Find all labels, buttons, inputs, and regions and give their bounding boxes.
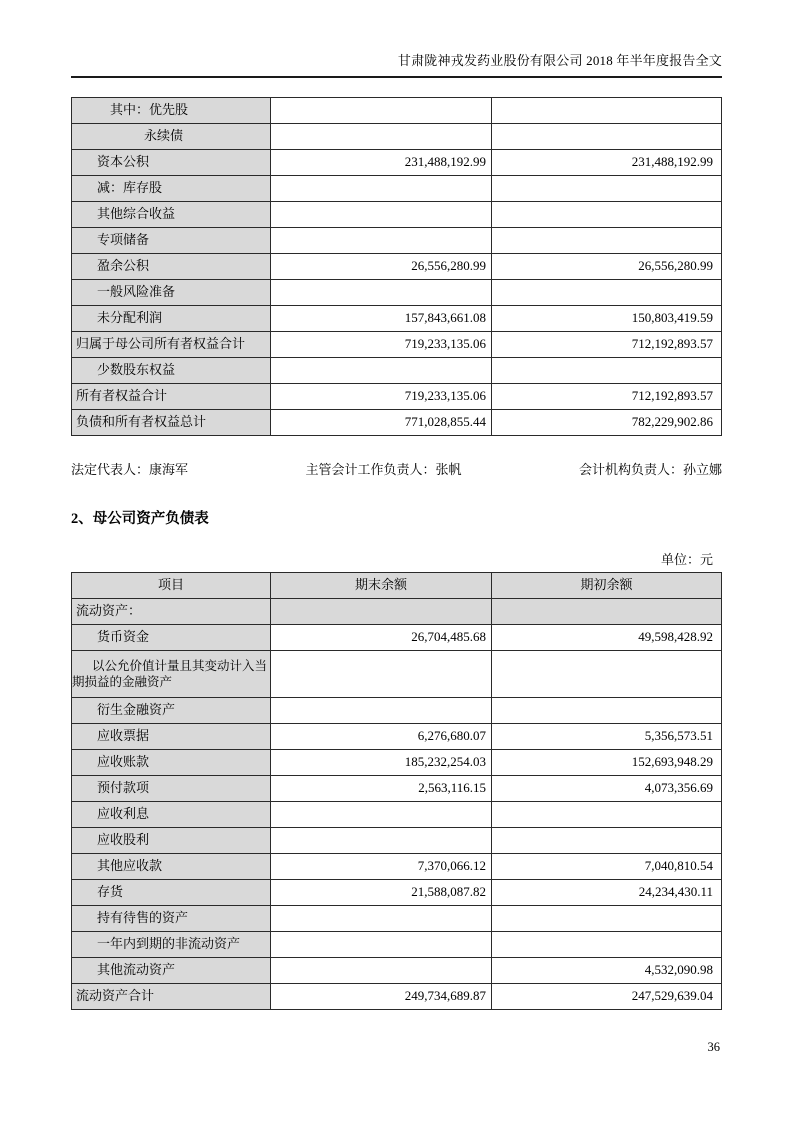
table-row: 以公允价值计量且其变动计入当期损益的金融资产 — [72, 651, 722, 698]
row-closing-value-cell — [271, 280, 492, 306]
row-closing-value-cell: 21,588,087.82 — [271, 880, 492, 906]
legal-representative-label: 法定代表人：康海军 — [71, 459, 188, 478]
report-page: 甘肃陇神戎发药业股份有限公司 2018 年半年度报告全文 其中：优先股永续债资本… — [0, 0, 793, 1010]
accounting-head-label: 会计机构负责人：孙立娜 — [579, 459, 722, 478]
row-opening-value-cell: 5,356,573.51 — [492, 724, 722, 750]
header-rule — [71, 76, 722, 78]
row-closing-value-cell — [271, 802, 492, 828]
table-row: 持有待售的资产 — [72, 906, 722, 932]
table-row: 永续债 — [72, 124, 722, 150]
header-cell-opening-balance: 期初余额 — [492, 573, 722, 599]
row-opening-value-cell — [492, 98, 722, 124]
table-row: 一般风险准备 — [72, 280, 722, 306]
page-header: 甘肃陇神戎发药业股份有限公司 2018 年半年度报告全文 — [71, 0, 722, 78]
row-closing-value-cell — [271, 176, 492, 202]
row-closing-value-cell: 2,563,116.15 — [271, 776, 492, 802]
row-opening-value-cell — [492, 202, 722, 228]
row-opening-value-cell: 150,803,419.59 — [492, 306, 722, 332]
row-opening-value-cell — [492, 802, 722, 828]
row-label-cell: 应收票据 — [72, 724, 271, 750]
row-label-cell: 未分配利润 — [72, 306, 271, 332]
row-closing-value-cell: 6,276,680.07 — [271, 724, 492, 750]
row-opening-value-cell — [492, 932, 722, 958]
table-row: 应收票据6,276,680.075,356,573.51 — [72, 724, 722, 750]
row-label-cell: 减：库存股 — [72, 176, 271, 202]
row-opening-value-cell — [492, 124, 722, 150]
table-row: 资本公积231,488,192.99231,488,192.99 — [72, 150, 722, 176]
row-closing-value-cell — [271, 358, 492, 384]
row-closing-value-cell — [271, 906, 492, 932]
table-row: 流动资产合计249,734,689.87247,529,639.04 — [72, 984, 722, 1010]
row-closing-value-cell: 719,233,135.06 — [271, 332, 492, 358]
row-label-cell: 永续债 — [72, 124, 271, 150]
row-closing-value-cell — [271, 599, 492, 625]
table-row: 所有者权益合计719,233,135.06712,192,893.57 — [72, 384, 722, 410]
row-closing-value-cell: 26,556,280.99 — [271, 254, 492, 280]
row-closing-value-cell — [271, 698, 492, 724]
table-row: 盈余公积26,556,280.9926,556,280.99 — [72, 254, 722, 280]
row-label-cell: 盈余公积 — [72, 254, 271, 280]
header-cell-closing-balance: 期末余额 — [271, 573, 492, 599]
row-label-cell: 货币资金 — [72, 625, 271, 651]
equity-table-body: 其中：优先股永续债资本公积231,488,192.99231,488,192.9… — [72, 98, 722, 436]
row-label-cell: 其他应收款 — [72, 854, 271, 880]
row-opening-value-cell — [492, 828, 722, 854]
row-label-cell: 少数股东权益 — [72, 358, 271, 384]
table-row: 应收利息 — [72, 802, 722, 828]
row-closing-value-cell — [271, 651, 492, 698]
signature-line: 法定代表人：康海军 主管会计工作负责人：张帆 会计机构负责人：孙立娜 — [71, 459, 722, 478]
table-row: 其他流动资产4,532,090.98 — [72, 958, 722, 984]
row-closing-value-cell — [271, 228, 492, 254]
row-opening-value-cell: 49,598,428.92 — [492, 625, 722, 651]
row-label-cell: 持有待售的资产 — [72, 906, 271, 932]
row-label-cell: 应收利息 — [72, 802, 271, 828]
row-opening-value-cell — [492, 280, 722, 306]
row-label-cell: 存货 — [72, 880, 271, 906]
section-title: 2、母公司资产负债表 — [71, 507, 722, 528]
row-opening-value-cell — [492, 228, 722, 254]
table-row: 货币资金26,704,485.6849,598,428.92 — [72, 625, 722, 651]
row-label-cell: 应收账款 — [72, 750, 271, 776]
row-label-cell: 归属于母公司所有者权益合计 — [72, 332, 271, 358]
row-closing-value-cell — [271, 932, 492, 958]
row-opening-value-cell: 26,556,280.99 — [492, 254, 722, 280]
row-opening-value-cell — [492, 599, 722, 625]
row-label-cell: 所有者权益合计 — [72, 384, 271, 410]
row-opening-value-cell: 4,073,356.69 — [492, 776, 722, 802]
table-row: 未分配利润157,843,661.08150,803,419.59 — [72, 306, 722, 332]
row-opening-value-cell — [492, 176, 722, 202]
balance-table-body: 项目 期末余额 期初余额 流动资产：货币资金26,704,485.6849,59… — [72, 573, 722, 1010]
table-row: 减：库存股 — [72, 176, 722, 202]
table-row: 预付款项2,563,116.154,073,356.69 — [72, 776, 722, 802]
table-row: 流动资产： — [72, 599, 722, 625]
row-label-cell: 其他综合收益 — [72, 202, 271, 228]
row-opening-value-cell — [492, 651, 722, 698]
table-row: 负债和所有者权益总计771,028,855.44782,229,902.86 — [72, 410, 722, 436]
row-label-cell: 其他流动资产 — [72, 958, 271, 984]
row-closing-value-cell: 157,843,661.08 — [271, 306, 492, 332]
row-label-cell: 其中：优先股 — [72, 98, 271, 124]
table-row: 一年内到期的非流动资产 — [72, 932, 722, 958]
row-label-cell: 以公允价值计量且其变动计入当期损益的金融资产 — [72, 651, 271, 698]
row-label-cell: 一般风险准备 — [72, 280, 271, 306]
row-closing-value-cell: 719,233,135.06 — [271, 384, 492, 410]
row-closing-value-cell: 185,232,254.03 — [271, 750, 492, 776]
row-opening-value-cell: 7,040,810.54 — [492, 854, 722, 880]
table-row: 应收股利 — [72, 828, 722, 854]
row-opening-value-cell: 247,529,639.04 — [492, 984, 722, 1010]
row-label-cell: 衍生金融资产 — [72, 698, 271, 724]
row-opening-value-cell: 152,693,948.29 — [492, 750, 722, 776]
row-opening-value-cell — [492, 906, 722, 932]
table-row: 其中：优先股 — [72, 98, 722, 124]
row-opening-value-cell — [492, 358, 722, 384]
unit-label: 单位：元 — [71, 549, 722, 568]
row-closing-value-cell: 231,488,192.99 — [271, 150, 492, 176]
row-opening-value-cell: 24,234,430.11 — [492, 880, 722, 906]
row-closing-value-cell: 249,734,689.87 — [271, 984, 492, 1010]
table-row: 归属于母公司所有者权益合计719,233,135.06712,192,893.5… — [72, 332, 722, 358]
table-row: 专项储备 — [72, 228, 722, 254]
row-closing-value-cell — [271, 958, 492, 984]
row-label-cell: 流动资产合计 — [72, 984, 271, 1010]
row-label-cell: 资本公积 — [72, 150, 271, 176]
row-closing-value-cell: 26,704,485.68 — [271, 625, 492, 651]
row-label-cell: 预付款项 — [72, 776, 271, 802]
row-label-cell: 应收股利 — [72, 828, 271, 854]
row-label-cell: 流动资产： — [72, 599, 271, 625]
header-cell-item: 项目 — [72, 573, 271, 599]
row-opening-value-cell — [492, 698, 722, 724]
chief-accountant-label: 主管会计工作负责人：张帆 — [305, 459, 461, 478]
page-header-title: 甘肃陇神戎发药业股份有限公司 2018 年半年度报告全文 — [71, 50, 722, 69]
parent-balance-sheet-table: 项目 期末余额 期初余额 流动资产：货币资金26,704,485.6849,59… — [71, 572, 722, 1010]
page-number: 36 — [708, 1040, 721, 1055]
table-row: 衍生金融资产 — [72, 698, 722, 724]
table-header-row: 项目 期末余额 期初余额 — [72, 573, 722, 599]
row-closing-value-cell: 771,028,855.44 — [271, 410, 492, 436]
row-opening-value-cell: 231,488,192.99 — [492, 150, 722, 176]
row-label-cell: 一年内到期的非流动资产 — [72, 932, 271, 958]
row-label-cell: 负债和所有者权益总计 — [72, 410, 271, 436]
row-closing-value-cell — [271, 202, 492, 228]
table-row: 其他综合收益 — [72, 202, 722, 228]
row-opening-value-cell: 712,192,893.57 — [492, 332, 722, 358]
row-closing-value-cell: 7,370,066.12 — [271, 854, 492, 880]
table-row: 其他应收款7,370,066.127,040,810.54 — [72, 854, 722, 880]
table-row: 少数股东权益 — [72, 358, 722, 384]
row-opening-value-cell: 4,532,090.98 — [492, 958, 722, 984]
row-closing-value-cell — [271, 828, 492, 854]
table-row: 存货21,588,087.8224,234,430.11 — [72, 880, 722, 906]
row-closing-value-cell — [271, 98, 492, 124]
row-label-cell: 专项储备 — [72, 228, 271, 254]
equity-table: 其中：优先股永续债资本公积231,488,192.99231,488,192.9… — [71, 97, 722, 436]
row-opening-value-cell: 782,229,902.86 — [492, 410, 722, 436]
row-opening-value-cell: 712,192,893.57 — [492, 384, 722, 410]
row-closing-value-cell — [271, 124, 492, 150]
table-row: 应收账款185,232,254.03152,693,948.29 — [72, 750, 722, 776]
